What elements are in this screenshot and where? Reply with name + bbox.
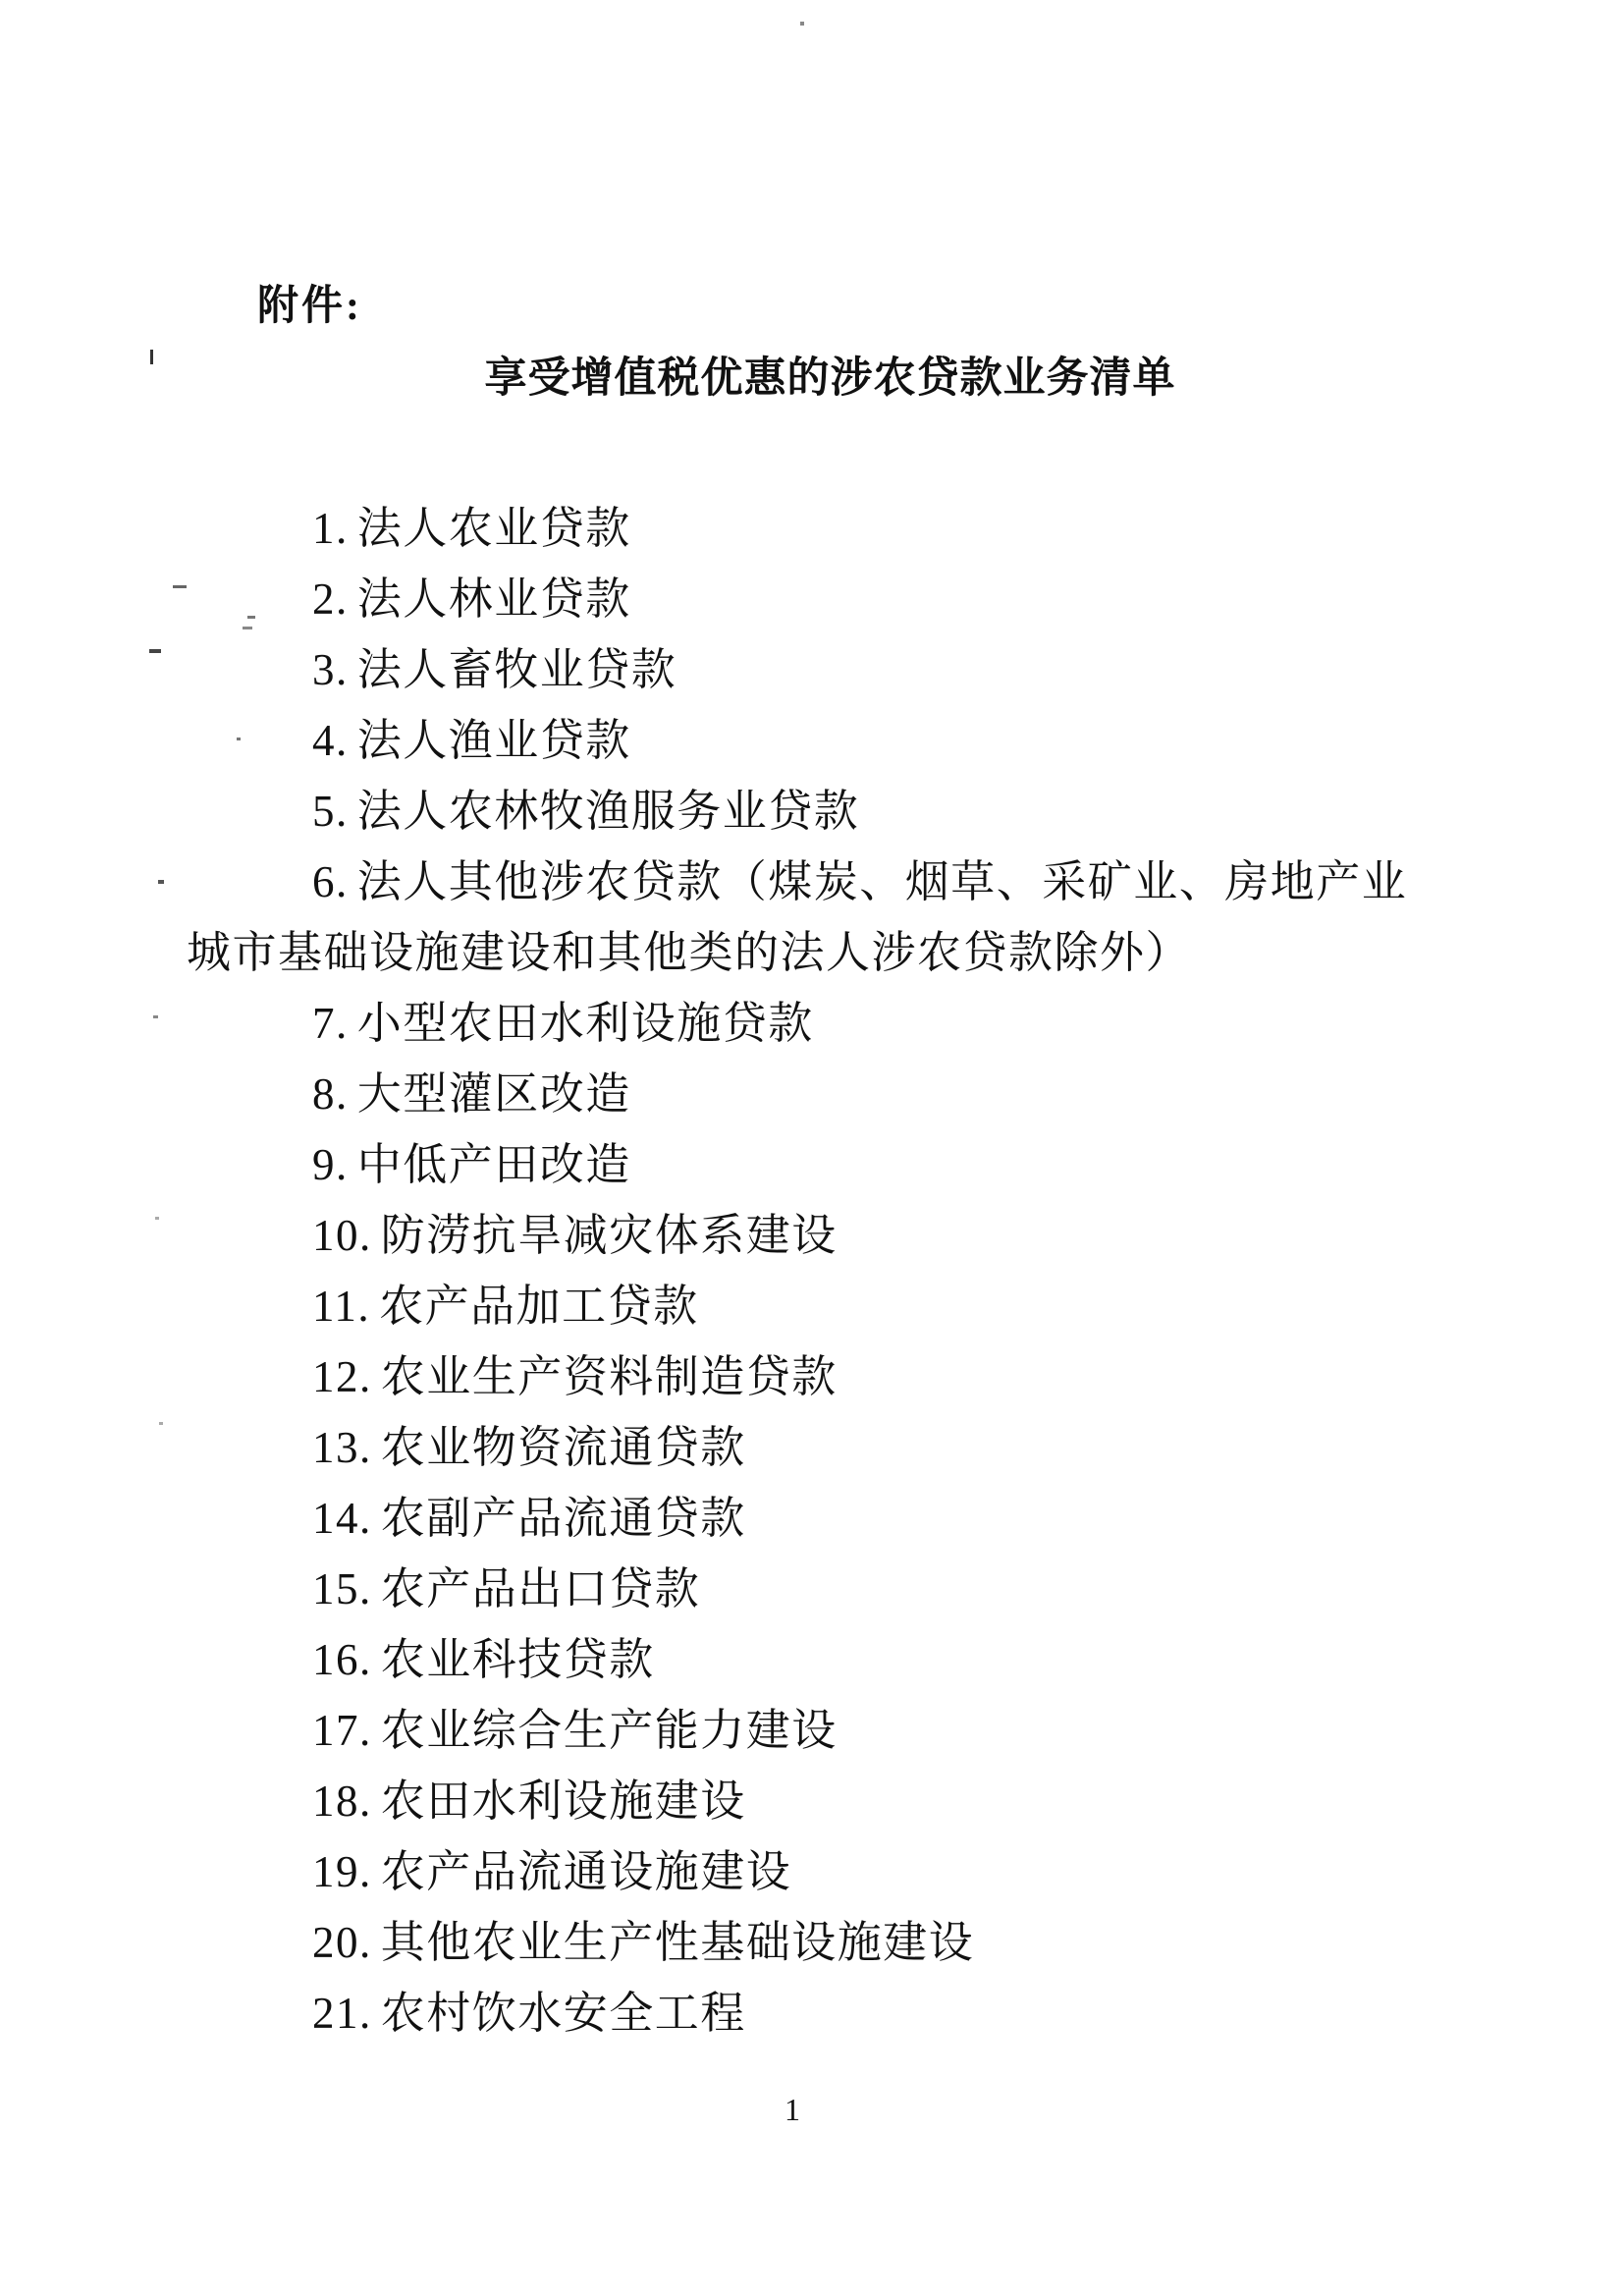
- list-item: 20.其他农业生产性基础设施建设: [187, 1907, 1463, 1978]
- list-item-text: 小型农田水利设施贷款: [357, 999, 814, 1048]
- list-item: 16.农业科技贷款: [187, 1624, 1463, 1695]
- list-item-text: 中低产田改造: [357, 1140, 631, 1189]
- page-title: 享受增值税优惠的涉农贷款业务清单: [19, 354, 1623, 405]
- list-item: 9.中低产田改造: [187, 1129, 1463, 1200]
- list-item-text: 法人渔业贷款: [357, 716, 631, 765]
- loan-list: 1.法人农业贷款2.法人林业贷款3.法人畜牧业贷款4.法人渔业贷款5.法人农林牧…: [187, 493, 1463, 2049]
- document-page: 附件: 享受增值税优惠的涉农贷款业务清单 1.法人农业贷款2.法人林业贷款3.法…: [0, 0, 1623, 2296]
- list-item-text: 农村饮水安全工程: [381, 1989, 746, 2038]
- list-item: 17.农业综合生产能力建设: [187, 1695, 1463, 1766]
- list-item: 3.法人畜牧业贷款: [187, 634, 1463, 705]
- list-item-text: 农副产品流通贷款: [381, 1494, 746, 1543]
- list-item-number: 1.: [312, 504, 349, 553]
- list-item-number: 16.: [312, 1635, 372, 1684]
- list-item: 11.农产品加工贷款: [187, 1271, 1463, 1341]
- list-item-number: 6.: [312, 857, 349, 906]
- list-item-continuation: 城市基础设施建设和其他类的法人涉农贷款除外）: [187, 917, 1463, 988]
- list-item-number: 12.: [312, 1352, 372, 1401]
- list-item-number: 17.: [312, 1706, 372, 1755]
- scan-speck: [155, 1217, 159, 1220]
- list-item: 13.农业物资流通贷款: [187, 1412, 1463, 1483]
- scan-speck: [158, 880, 164, 884]
- scan-speck: [149, 649, 161, 653]
- scan-speck: [159, 1422, 163, 1425]
- list-item-number: 21.: [312, 1989, 372, 2038]
- list-item-number: 18.: [312, 1777, 372, 1826]
- list-item-number: 11.: [312, 1282, 370, 1331]
- list-item-number: 20.: [312, 1918, 372, 1967]
- list-item-text: 法人其他涉农贷款（煤炭、烟草、采矿业、房地产业: [357, 857, 1408, 906]
- list-item-text: 法人林业贷款: [357, 574, 631, 624]
- list-item: 7.小型农田水利设施贷款: [187, 988, 1463, 1059]
- list-item-text: 大型灌区改造: [357, 1069, 631, 1119]
- list-item-text: 农产品出口贷款: [381, 1564, 701, 1613]
- list-item-number: 2.: [312, 574, 349, 624]
- list-item-text: 农业物资流通贷款: [381, 1423, 746, 1472]
- list-item: 12.农业生产资料制造贷款: [187, 1341, 1463, 1412]
- list-item-text: 城市基础设施建设和其他类的法人涉农贷款除外）: [187, 928, 1191, 977]
- list-item: 5.法人农林牧渔服务业贷款: [187, 776, 1463, 847]
- list-item-number: 7.: [312, 999, 349, 1048]
- list-item-text: 农产品加工贷款: [379, 1282, 699, 1331]
- list-item-number: 14.: [312, 1494, 372, 1543]
- list-item-text: 农产品流通设施建设: [381, 1847, 792, 1896]
- list-item: 8.大型灌区改造: [187, 1059, 1463, 1129]
- page-number: 1: [784, 2092, 800, 2127]
- list-item-text: 法人农业贷款: [357, 504, 631, 553]
- list-item-number: 15.: [312, 1564, 372, 1613]
- list-item-number: 5.: [312, 787, 349, 836]
- list-item-number: 8.: [312, 1069, 349, 1119]
- list-item: 15.农产品出口贷款: [187, 1554, 1463, 1624]
- list-item: 19.农产品流通设施建设: [187, 1836, 1463, 1907]
- list-item: 10.防涝抗旱减灾体系建设: [187, 1200, 1463, 1271]
- list-item-text: 法人畜牧业贷款: [357, 645, 677, 694]
- list-item-number: 19.: [312, 1847, 372, 1896]
- list-item-text: 农业科技贷款: [381, 1635, 655, 1684]
- list-item: 18.农田水利设施建设: [187, 1766, 1463, 1836]
- list-item-number: 3.: [312, 645, 349, 694]
- list-item-text: 其他农业生产性基础设施建设: [381, 1918, 975, 1967]
- list-item-number: 9.: [312, 1140, 349, 1189]
- list-item-text: 防涝抗旱减灾体系建设: [381, 1211, 838, 1260]
- scan-speck: [173, 585, 187, 588]
- list-item-text: 农业综合生产能力建设: [381, 1706, 838, 1755]
- attachment-label: 附件:: [257, 281, 362, 332]
- list-item: 6.法人其他涉农贷款（煤炭、烟草、采矿业、房地产业: [187, 847, 1463, 917]
- list-item: 14.农副产品流通贷款: [187, 1483, 1463, 1554]
- scan-speck: [800, 22, 804, 26]
- list-item-text: 农田水利设施建设: [381, 1777, 746, 1826]
- list-item-text: 农业生产资料制造贷款: [381, 1352, 838, 1401]
- list-item: 21.农村饮水安全工程: [187, 1978, 1463, 2049]
- list-item: 4.法人渔业贷款: [187, 705, 1463, 776]
- list-item-number: 4.: [312, 716, 349, 765]
- scan-speck: [153, 1015, 158, 1018]
- list-item-text: 法人农林牧渔服务业贷款: [357, 787, 860, 836]
- list-item: 2.法人林业贷款: [187, 564, 1463, 634]
- list-item-number: 10.: [312, 1211, 372, 1260]
- list-item-number: 13.: [312, 1423, 372, 1472]
- list-item: 1.法人农业贷款: [187, 493, 1463, 564]
